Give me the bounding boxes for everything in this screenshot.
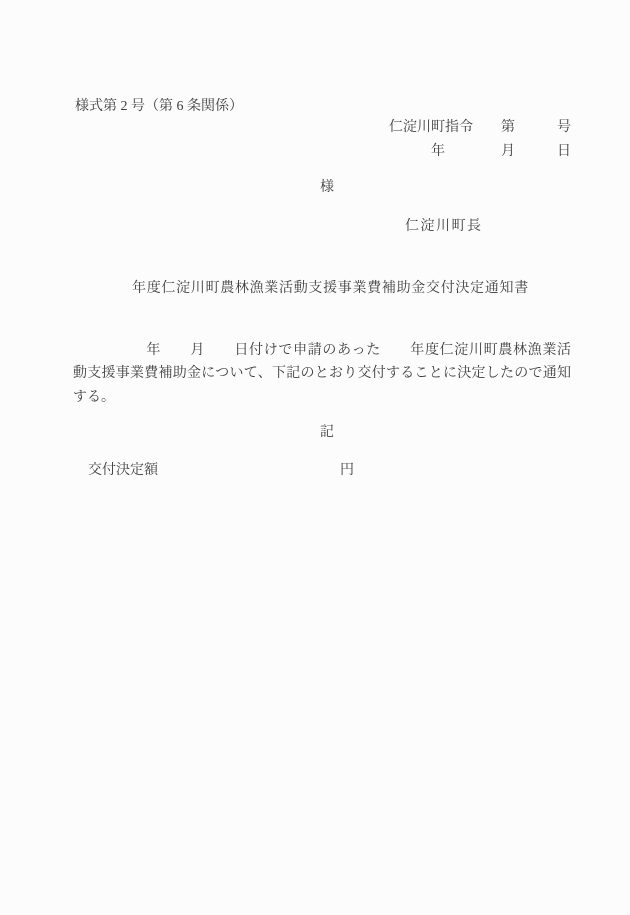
document-page: 様式第 2 号（第 6 条関係） 仁淀川町指令 第 号 年 月 日 様 仁淀川町… (0, 0, 630, 915)
document-title: 年度仁淀川町農林漁業活動支援事業費補助金交付決定通知書 (132, 282, 529, 296)
body-paragraph: 年 月 日付けで申請のあった 年度仁淀川町農林漁業活 動支援事業費補助金について… (73, 339, 571, 409)
yen-unit-label: 円 (340, 464, 354, 478)
issue-date-line: 年 月 日 (431, 145, 571, 159)
directive-number-line: 仁淀川町指令 第 号 (389, 121, 571, 135)
body-line-2: 動支援事業費補助金について、下記のとおり交付することに決定したので通知 (73, 362, 571, 385)
grant-amount-label: 交付決定額 (88, 464, 158, 478)
addressee-honorific: 様 (320, 181, 334, 195)
body-line-3: する。 (73, 386, 571, 409)
form-number-label: 様式第 2 号（第 6 条関係） (75, 100, 243, 114)
record-marker: 記 (320, 426, 334, 440)
body-line-1: 年 月 日付けで申請のあった 年度仁淀川町農林漁業活 (73, 339, 571, 362)
sender-title: 仁淀川町長 (405, 220, 483, 234)
